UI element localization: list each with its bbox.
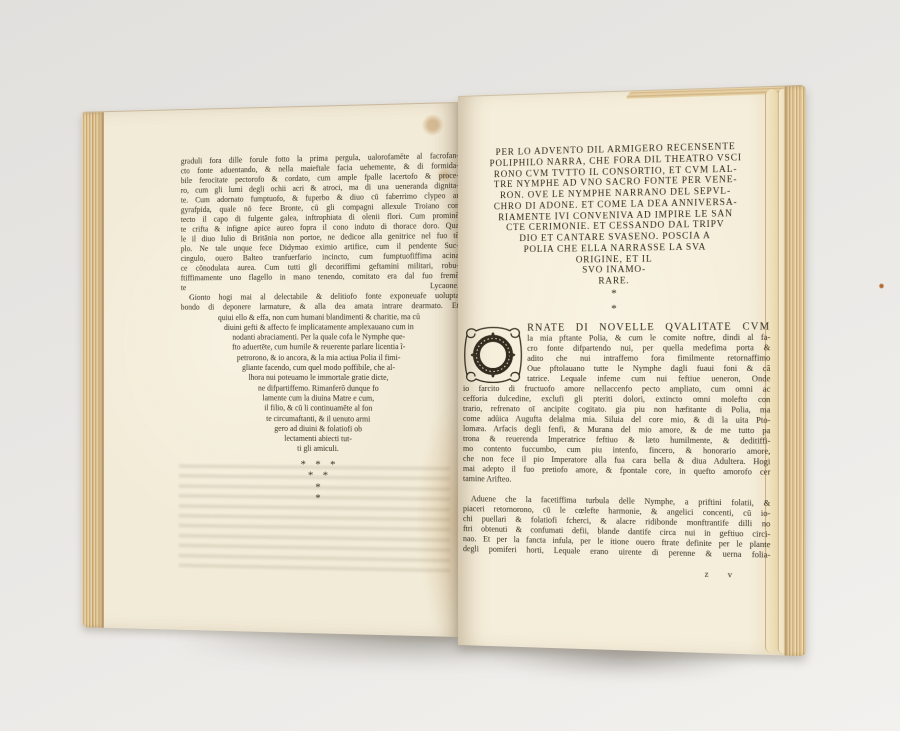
text-line: adito che nui intraffemo fora fimilmente… — [527, 353, 770, 364]
photograph-backdrop: graduli fora dille forule fotto la prima… — [0, 0, 900, 731]
text-line: gliante facendo, cum quel modo poffibile… — [181, 363, 459, 373]
text-line: lhora nui poteuamo le immortale gratie d… — [181, 373, 459, 383]
left-paragraph-2-taper: quiui ello & effa, non cum humani blandi… — [181, 312, 459, 456]
left-page: graduli fora dille forule fotto la prima… — [82, 102, 458, 637]
text-line: nodanti abraciamenti. Per la quale cofa … — [181, 332, 459, 343]
text-line: quiui ello & effa, non cum humani blandi… — [181, 312, 459, 324]
right-page-edge-stack — [784, 86, 805, 656]
asterisk-row: * — [463, 301, 770, 319]
signature-mark: z v — [463, 563, 770, 580]
left-page-edge-stack — [82, 112, 104, 628]
right-page: PER LO ADVENTO DIL ARMIGERO RECENSENTEPO… — [458, 85, 806, 656]
text-line: ti gli amiculi. — [181, 443, 459, 455]
text-line: ne difpartiffemo. Rimanferō dunque fo — [181, 383, 459, 394]
backdrop-speck — [879, 283, 884, 289]
left-paragraph-2: Gionto hogi mai al delectabile & delitio… — [181, 291, 459, 313]
woodcut-initial-O-icon — [463, 324, 523, 384]
chapter-heading: PER LO ADVENTO DIL ARMIGERO RECENSENTEPO… — [463, 140, 770, 288]
opening-paragraph: RNATE DI NOVELLE QVALITATE CVM la mia pf… — [463, 322, 770, 384]
heading-asterisks: ** — [463, 285, 770, 319]
text-line: cro fonte difpartendo nui, per quella me… — [527, 343, 770, 354]
text-line: la mia pftante Polia, & cum le comite no… — [527, 332, 770, 343]
left-paragraph-1: graduli fora dille forule fotto la prima… — [181, 151, 459, 293]
asterisk-colophon: * * ** *** — [181, 458, 459, 506]
left-page-text-block: graduli fora dille forule fotto la prima… — [181, 151, 459, 506]
right-paragraph-1: io farcito di fructuofo amore nellaccenf… — [463, 384, 770, 478]
text-line: Oue pftolauano tutte le Nymphe dagli fua… — [527, 364, 770, 374]
text-line: petrorono, & io ancora, & la mia actiua … — [181, 353, 459, 363]
incipit-caps-line: RNATE DI NOVELLE QVALITATE CVM — [527, 322, 770, 333]
text-line: fto aduertēte, cum humile & reuerente pa… — [181, 342, 459, 353]
right-page-text-block: PER LO ADVENTO DIL ARMIGERO RECENSENTEPO… — [463, 87, 770, 580]
text-line: io farcito di fructuofo amore nellaccenf… — [463, 384, 770, 395]
text-line: tatrice. Lequale infeme cum nui feftiue … — [527, 374, 770, 384]
right-paragraph-2: Aduene che la facetiffima turbula delle … — [463, 494, 770, 561]
